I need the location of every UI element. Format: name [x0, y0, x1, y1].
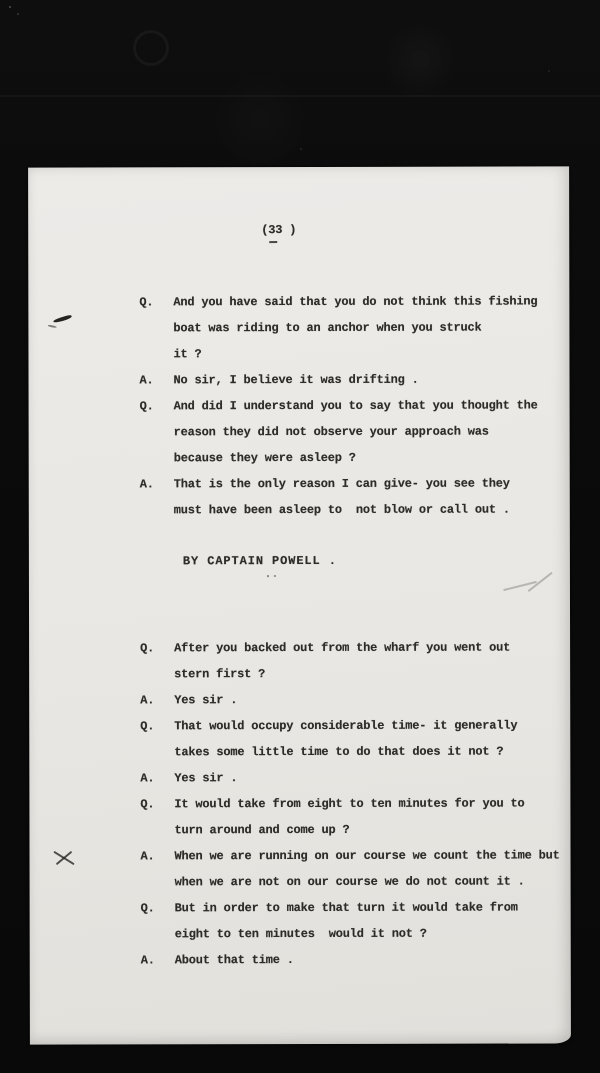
handwritten-x-mark [52, 847, 76, 869]
speaker-label: A. [140, 765, 174, 791]
transcript-line: must have been asleep to not blow or cal… [174, 496, 570, 523]
qa-block: Q. That would occupy considerable time- … [29, 712, 570, 765]
heading-dots-mark [267, 575, 269, 577]
film-speck [300, 148, 302, 150]
speaker-label: Q. [139, 289, 173, 367]
film-speck [548, 70, 550, 72]
qa-block: A. That is the only reason I can give- y… [29, 470, 570, 523]
transcript-line: Yes sir . [174, 764, 570, 791]
speaker-label: A. [140, 687, 174, 713]
transcript-lower: Q. After you backed out from the wharf y… [29, 634, 571, 973]
speaker-label: A. [140, 367, 174, 393]
transcript-line: And you have said that you do not think … [173, 288, 569, 315]
speaker-label: Q. [140, 713, 174, 765]
speaker-label: A. [140, 471, 174, 523]
qa-block: Q. After you backed out from the wharf y… [29, 634, 570, 687]
qa-block: A. When we are running on our course we … [29, 842, 570, 895]
scanned-page: (33 ) Q. And you have said that you do n… [28, 166, 571, 1044]
qa-block: A. Yes sir . [29, 764, 570, 791]
transcript-line: when we are not on our course we do not … [175, 868, 571, 895]
film-speck [9, 6, 11, 8]
transcript-line: eight to ten minutes would it not ? [175, 920, 571, 947]
qa-block: Q. But in order to make that turn it wou… [30, 894, 571, 947]
transcript-line: stern first ? [174, 660, 570, 687]
section-heading: BY CAPTAIN POWELL . [183, 552, 570, 569]
transcript-line: because they were asleep ? [174, 444, 570, 471]
page-number: (33 ) [261, 222, 296, 238]
transcript-line: takes some little time to do that does i… [174, 738, 570, 765]
transcript-line: That would occupy considerable time- it … [174, 712, 570, 739]
qa-block: Q. And did I understand you to say that … [29, 392, 570, 471]
transcript-line: reason they did not observe your approac… [174, 418, 570, 445]
transcript-line: And did I understand you to say that you… [174, 392, 570, 419]
speaker-label: Q. [140, 393, 174, 471]
transcript-line: After you backed out from the wharf you … [174, 634, 570, 661]
film-speck [17, 13, 19, 15]
underline-mark [269, 241, 277, 243]
qa-block: Q. It would take from eight to ten minut… [29, 790, 570, 843]
transcript-line: It would take from eight to ten minutes … [174, 790, 570, 817]
pencil-scribble-mark [503, 573, 555, 595]
qa-block: A. Yes sir . [29, 686, 570, 713]
film-seam-line [0, 95, 600, 97]
transcript-line: No sir, I believe it was drifting . [174, 366, 570, 393]
qa-block: Q. And you have said that you do not thi… [28, 288, 569, 367]
film-ring-artifact [133, 30, 169, 66]
speaker-label: A. [140, 843, 174, 895]
speaker-label: Q. [140, 791, 174, 843]
qa-block: A. About that time . [30, 946, 571, 973]
transcript-line: turn around and come up ? [174, 816, 570, 843]
speaker-label: A. [141, 947, 175, 973]
transcript-line: When we are running on our course we cou… [174, 842, 570, 869]
transcript-line: boat was riding to an anchor when you st… [173, 314, 569, 341]
speaker-label: Q. [140, 635, 174, 687]
transcript-line: That is the only reason I can give- you … [174, 470, 570, 497]
transcript-line: it ? [173, 340, 569, 367]
qa-block: A. No sir, I believe it was drifting . [29, 366, 570, 393]
transcript-line: But in order to make that turn it would … [175, 894, 571, 921]
transcript-upper: Q. And you have said that you do not thi… [28, 288, 569, 523]
speaker-label: Q. [141, 895, 175, 947]
transcript-line: Yes sir . [174, 686, 570, 713]
transcript-line: About that time . [175, 946, 571, 973]
